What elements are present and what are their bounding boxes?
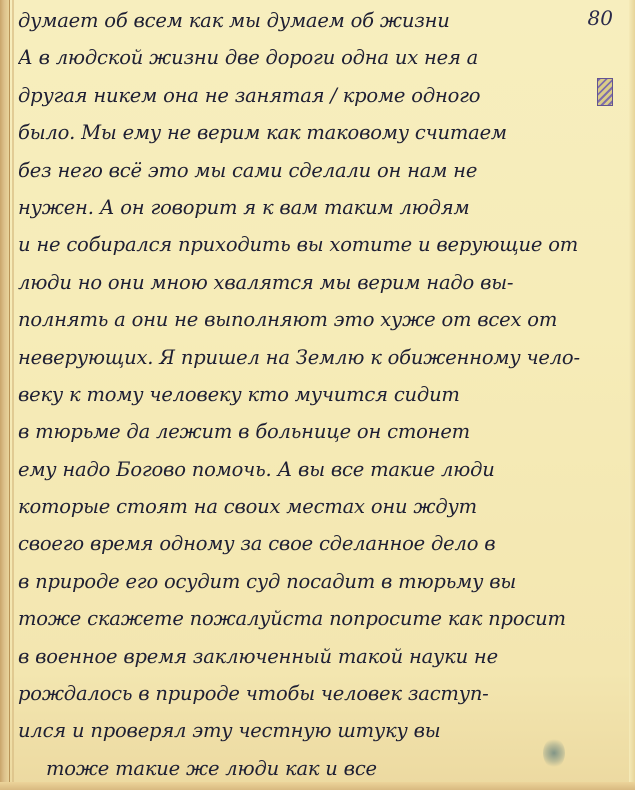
binding-edge [0, 0, 10, 790]
text-line: люди но они мною хвалятся мы верим надо … [18, 264, 608, 301]
text-line: без него всё это мы сами сделали он нам … [18, 152, 608, 189]
text-line: своего время одному за свое сделанное де… [18, 525, 608, 562]
text-line: ился и проверял эту честную штуку вы [18, 712, 608, 749]
text-line: рождалось в природе чтобы человек заступ… [18, 675, 608, 712]
text-line: думает об всем как мы думаем об жизни [18, 2, 608, 39]
page-right-edge [629, 0, 635, 790]
text-line: и не собирался приходить вы хотите и вер… [18, 226, 608, 263]
text-line: было. Мы ему не верим как таковому счита… [18, 114, 608, 151]
handwritten-text: думает об всем как мы думаем об жизни А … [18, 2, 608, 787]
text-line: полнять а они не выполняют это хуже от в… [18, 301, 608, 338]
text-line: ему надо Богово помочь. А вы все такие л… [18, 451, 608, 488]
notebook-page: 80 думает об всем как мы думаем об жизни… [0, 0, 635, 790]
text-line: неверующих. Я пришел на Землю к обиженно… [18, 339, 608, 376]
text-line: тоже такие же люди как и все [18, 750, 608, 787]
text-line: другая никем она не занятая / кроме одно… [18, 77, 608, 114]
text-line: нужен. А он говорит я к вам таким людям [18, 189, 608, 226]
text-line: в тюрьме да лежит в больнице он стонет [18, 413, 608, 450]
text-line: веку к тому человеку кто мучится сидит [18, 376, 608, 413]
text-line: тоже скажете пожалуйста попросите как пр… [18, 600, 608, 637]
text-line: в природе его осудит суд посадит в тюрьм… [18, 563, 608, 600]
text-line: которые стоят на своих местах они ждут [18, 488, 608, 525]
text-line: А в людской жизни две дороги одна их нея… [18, 39, 608, 76]
text-line: в военное время заключенный такой науки … [18, 638, 608, 675]
margin-line [12, 0, 14, 790]
